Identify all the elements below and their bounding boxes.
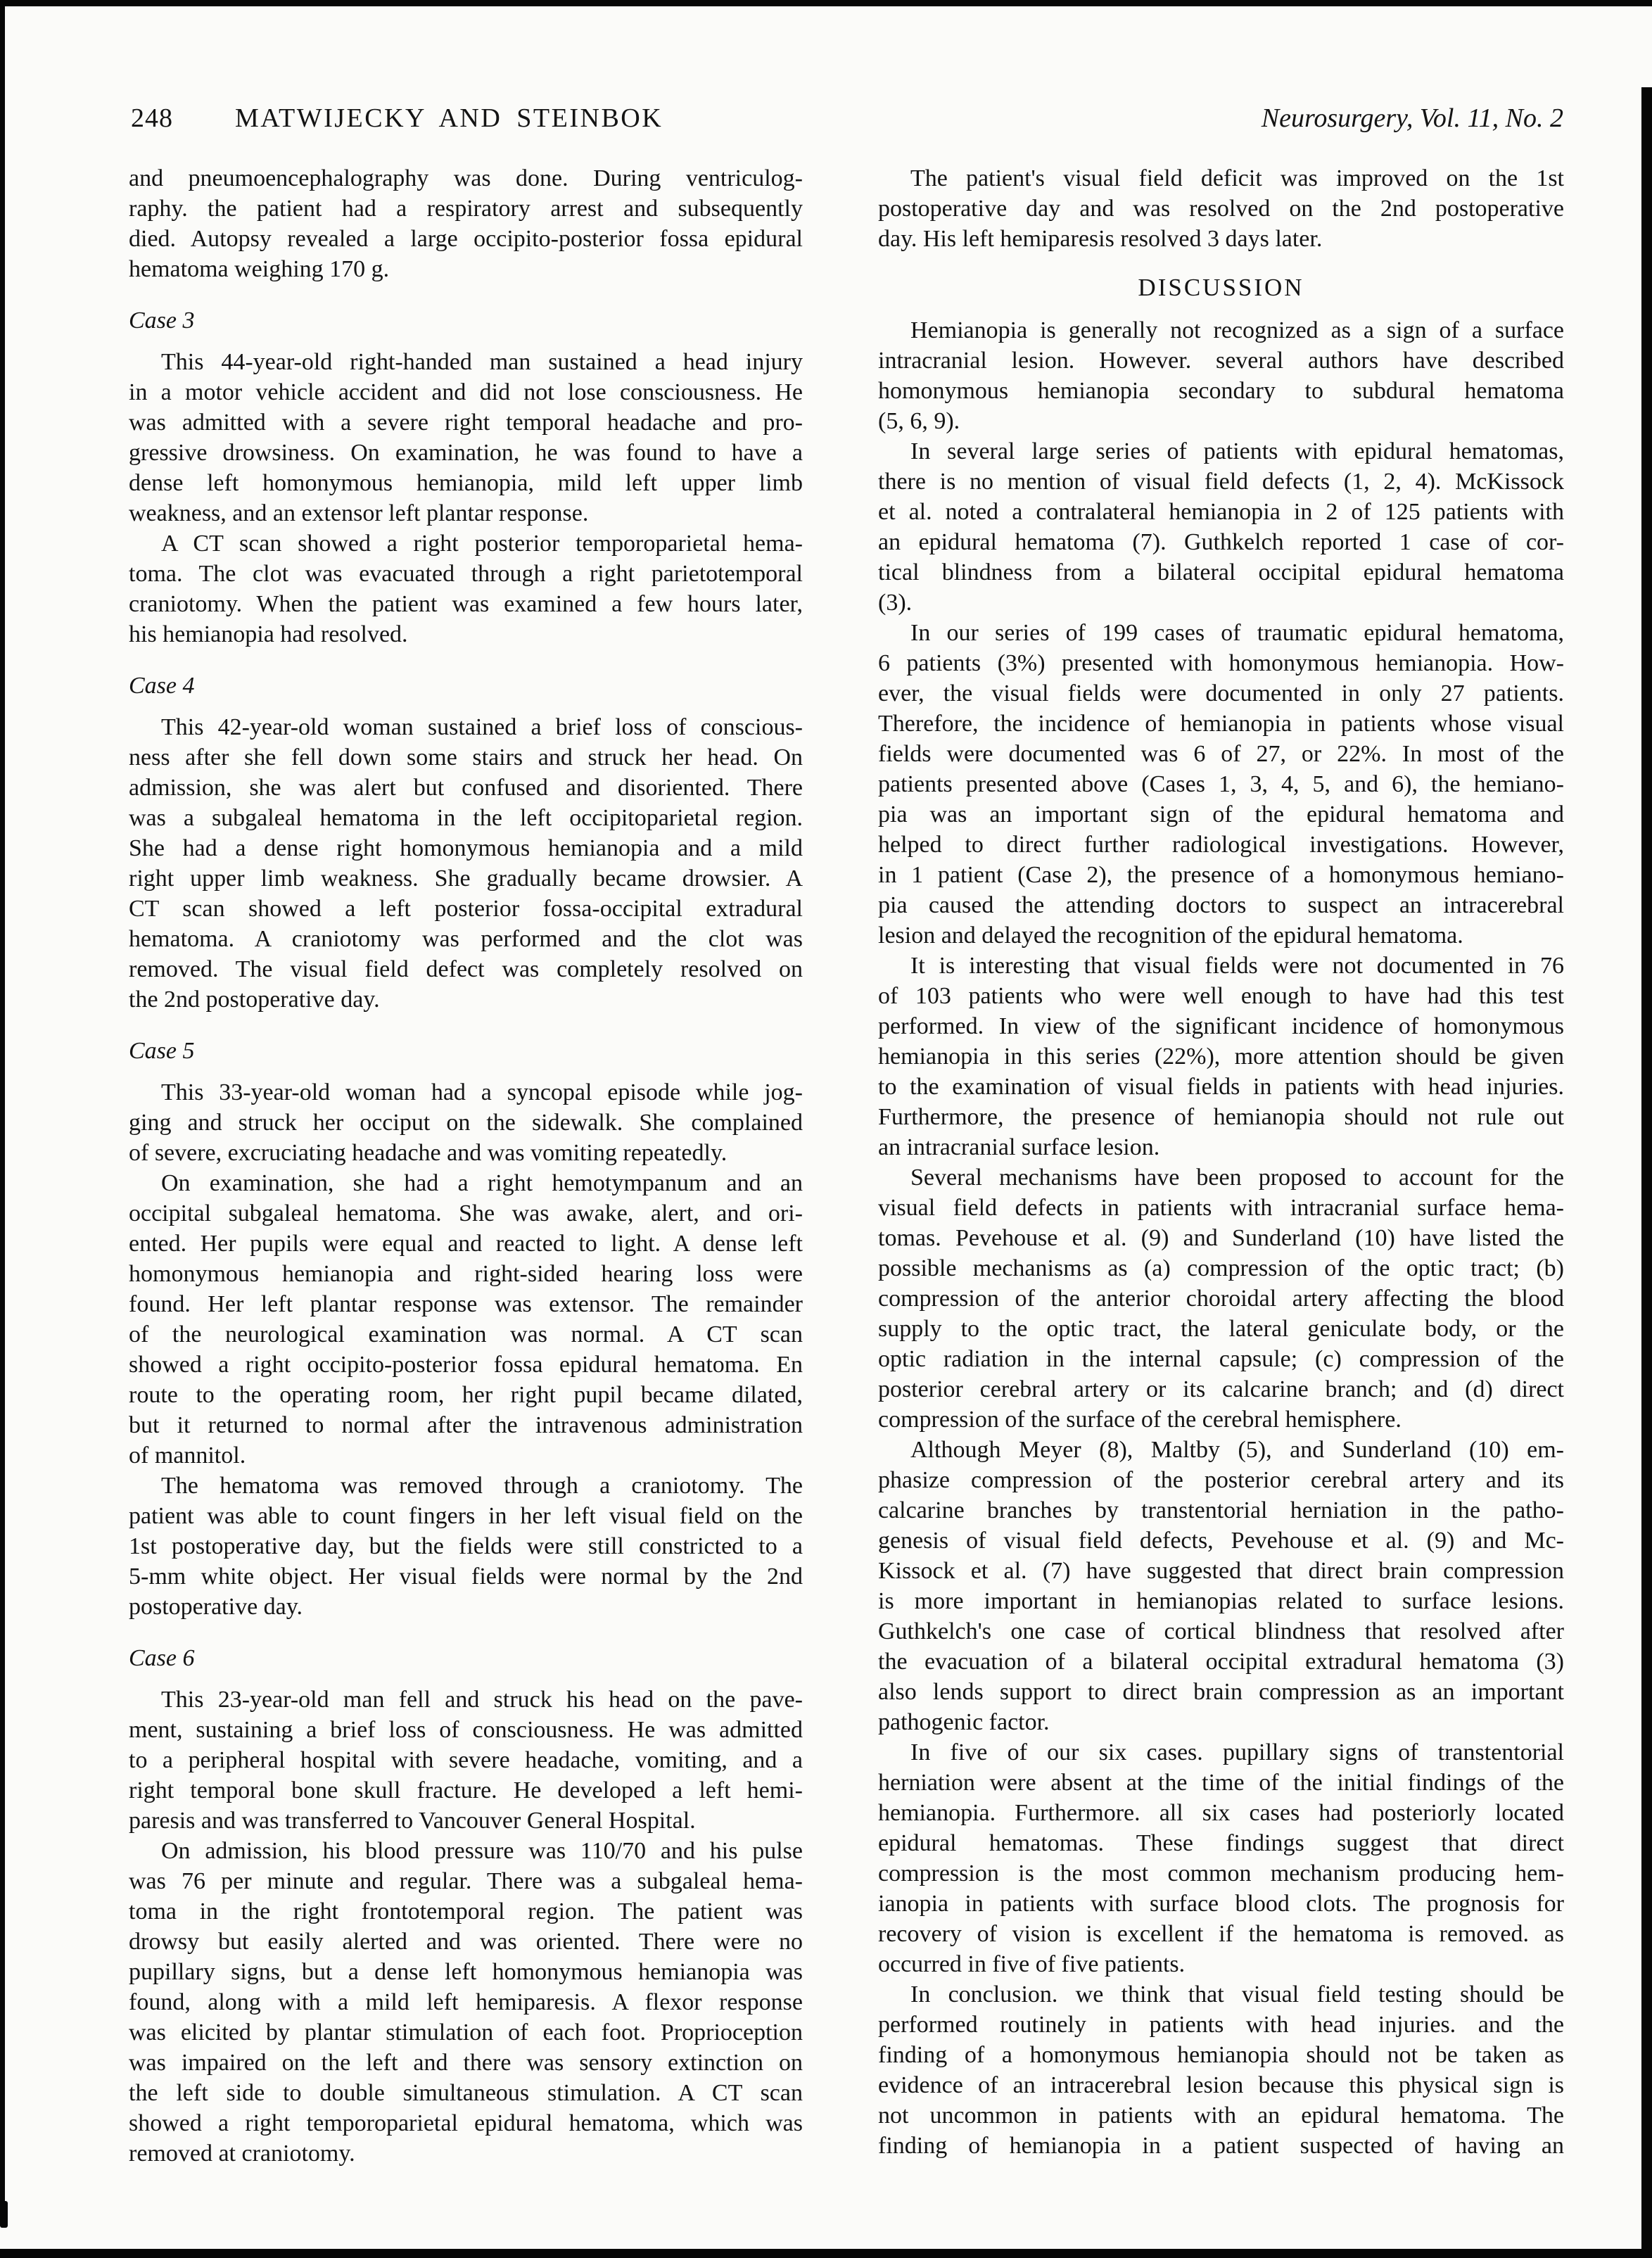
para-line: Kissock et al. (7) have suggested that d… (878, 1556, 1564, 1586)
para-line: pia caused the attending doctors to susp… (878, 890, 1564, 920)
para-line: pupillary signs, but a dense left homony… (129, 1957, 803, 1987)
para-line: compression is the most common mechanism… (878, 1858, 1564, 1889)
journal-page: 248 MATWIJECKY AND STEINBOK Neurosurgery… (0, 0, 1652, 2258)
para-line: ness after she fell down some stairs and… (129, 742, 803, 773)
para-line: tical blindness from a bilateral occipit… (878, 557, 1564, 588)
para-first-line: The patient's visual field deficit was i… (878, 163, 1564, 194)
para-line: Furthermore, the presence of hemianopia … (878, 1102, 1564, 1132)
para-line: found, along with a mild left hemiparesi… (129, 1987, 803, 2017)
para-line: showed a right occipito-posterior fossa … (129, 1350, 803, 1380)
para-line: et al. noted a contralateral hemianopia … (878, 497, 1564, 527)
right-column: The patient's visual field deficit was i… (878, 163, 1564, 2161)
para-line: Guthkelch's one case of cortical blindne… (878, 1616, 1564, 1647)
para-line: was elicited by plantar stimulation of e… (129, 2017, 803, 2048)
para-line: homonymous hemianopia secondary to subdu… (878, 376, 1564, 406)
para-line: found. Her left plantar response was ext… (129, 1289, 803, 1319)
section-heading: DISCUSSION (878, 272, 1564, 303)
para-line: showed a right temporoparietal epidural … (129, 2108, 803, 2138)
para-last-line: pathogenic factor. (878, 1707, 1564, 1737)
para-line: hemianopia in this series (22%), more at… (878, 1041, 1564, 1072)
para-line: right upper limb weakness. She gradually… (129, 863, 803, 894)
para-last-line: of severe, excruciating headache and was… (129, 1138, 803, 1168)
para-line: craniotomy. When the patient was examine… (129, 589, 803, 619)
journal-reference: Neurosurgery, Vol. 11, No. 2 (1262, 103, 1563, 134)
para-line: was impaired on the left and there was s… (129, 2048, 803, 2078)
para-line: was a subgaleal hematoma in the left occ… (129, 803, 803, 833)
para-first-line: A CT scan showed a right posterior tempo… (129, 528, 803, 559)
para-last-line: of mannitol. (129, 1440, 803, 1471)
para-line: calcarine branches by transtentorial her… (878, 1495, 1564, 1526)
para-line: died. Autopsy revealed a large occipito-… (129, 224, 803, 254)
para-last-line: occurred in five of five patients. (878, 1949, 1564, 1979)
case-heading: Case 5 (129, 1036, 803, 1066)
para-line: not uncommon in patients with an epidura… (878, 2100, 1564, 2131)
para-line: removed. The visual field defect was com… (129, 954, 803, 984)
para-last-line: day. His left hemiparesis resolved 3 day… (878, 224, 1564, 254)
para-line: pia was an important sign of the epidura… (878, 799, 1564, 830)
para-line: the evacuation of a bilateral occipital … (878, 1647, 1564, 1677)
para-line: compression of the anterior choroidal ar… (878, 1283, 1564, 1314)
para-first-line: This 42-year-old woman sustained a brief… (129, 712, 803, 742)
para-last-line: the 2nd postoperative day. (129, 984, 803, 1015)
para-first-line: In several large series of patients with… (878, 436, 1564, 467)
para-line: occipital subgaleal hematoma. She was aw… (129, 1198, 803, 1229)
running-title-authors: MATWIJECKY AND STEINBOK (235, 103, 663, 134)
para-line: patient was able to count fingers in her… (129, 1501, 803, 1531)
left-column: and pneumoencephalography was done. Duri… (129, 163, 803, 2169)
para-first-line: This 33-year-old woman had a syncopal ep… (129, 1077, 803, 1108)
para-line: phasize compression of the posterior cer… (878, 1465, 1564, 1495)
para-line: ented. Her pupils were equal and reacted… (129, 1229, 803, 1259)
para-line: evidence of an intracerebral lesion beca… (878, 2070, 1564, 2100)
para-line: She had a dense right homonymous hemiano… (129, 833, 803, 863)
para-last-line: weakness, and an extensor left plantar r… (129, 498, 803, 528)
para-first-line: In five of our six cases. pupillary sign… (878, 1737, 1564, 1768)
para-last-line: postoperative day. (129, 1592, 803, 1622)
para-line: right temporal bone skull fracture. He d… (129, 1775, 803, 1806)
para-first-line: Hemianopia is generally not recognized a… (878, 315, 1564, 345)
para-line: performed. In view of the significant in… (878, 1011, 1564, 1041)
scan-edge-left (0, 0, 5, 2218)
para-line: finding of hemianopia in a patient suspe… (878, 2131, 1564, 2161)
para-line: Therefore, the incidence of hemianopia i… (878, 709, 1564, 739)
para-line: the left side to double simultaneous sti… (129, 2078, 803, 2108)
para-first-line: Although Meyer (8), Maltby (5), and Sund… (878, 1435, 1564, 1465)
para-line: but it returned to normal after the intr… (129, 1410, 803, 1440)
para-line: also lends support to direct brain compr… (878, 1677, 1564, 1707)
para-line: genesis of visual field defects, Pevehou… (878, 1526, 1564, 1556)
para-first-line: It is interesting that visual fields wer… (878, 951, 1564, 981)
para-line: an epidural hematoma (7). Guthkelch repo… (878, 527, 1564, 557)
para-first-line: On examination, she had a right hemotymp… (129, 1168, 803, 1198)
para-line: finding of a homonymous hemianopia shoul… (878, 2040, 1564, 2070)
para-line: there is no mention of visual field defe… (878, 467, 1564, 497)
para-last-line: an intracranial surface lesion. (878, 1132, 1564, 1162)
para-line: tomas. Pevehouse et al. (9) and Sunderla… (878, 1223, 1564, 1253)
para-line: supply to the optic tract, the lateral g… (878, 1314, 1564, 1344)
para-line: posterior cerebral artery or its calcari… (878, 1374, 1564, 1404)
scan-edge-top (0, 0, 1652, 6)
para-line: ment, sustaining a brief loss of conscio… (129, 1715, 803, 1745)
para-line: of the neurological examination was norm… (129, 1319, 803, 1350)
page-number: 248 (131, 103, 173, 134)
para-line: drowsy but easily alerted and was orient… (129, 1927, 803, 1957)
para-line: recovery of vision is excellent if the h… (878, 1919, 1564, 1949)
para-first-line: In our series of 199 cases of traumatic … (878, 618, 1564, 648)
para-line: ianopia in patients with surface blood c… (878, 1889, 1564, 1919)
para-first-line: This 23-year-old man fell and struck his… (129, 1685, 803, 1715)
para-line: and pneumoencephalography was done. Duri… (129, 163, 803, 194)
para-last-line: removed at craniotomy. (129, 2138, 803, 2169)
para-line: patients presented above (Cases 1, 3, 4,… (878, 769, 1564, 799)
para-line: ging and struck her occiput on the sidew… (129, 1108, 803, 1138)
para-line: route to the operating room, her right p… (129, 1380, 803, 1410)
case-heading: Case 3 (129, 305, 803, 336)
para-line: gressive drowsiness. On examination, he … (129, 438, 803, 468)
para-line: raphy. the patient had a respiratory arr… (129, 194, 803, 224)
para-line: toma in the right frontotemporal region.… (129, 1896, 803, 1927)
para-last-line: lesion and delayed the recognition of th… (878, 920, 1564, 951)
para-last-line: his hemianopia had resolved. (129, 619, 803, 649)
page-header: 248 MATWIJECKY AND STEINBOK Neurosurgery… (0, 103, 1652, 138)
para-last-line: (5, 6, 9). (878, 406, 1564, 436)
para-line: 1st postoperative day, but the fields we… (129, 1531, 803, 1561)
para-first-line: This 44-year-old right-handed man sustai… (129, 347, 803, 377)
scan-edge-right (1641, 87, 1652, 2258)
para-line: postoperative day and was resolved on th… (878, 194, 1564, 224)
para-last-line: paresis and was transferred to Vancouver… (129, 1806, 803, 1836)
para-line: herniation were absent at the time of th… (878, 1768, 1564, 1798)
para-last-line: (3). (878, 588, 1564, 618)
case-heading: Case 6 (129, 1643, 803, 1673)
para-line: possible mechanisms as (a) compression o… (878, 1253, 1564, 1283)
para-first-line: The hematoma was removed through a crani… (129, 1471, 803, 1501)
para-line: ever, the visual fields were documented … (878, 678, 1564, 709)
para-line: epidural hematomas. These findings sugge… (878, 1828, 1564, 1858)
para-line: 6 patients (3%) presented with homonymou… (878, 648, 1564, 678)
para-line: to the examination of visual fields in p… (878, 1072, 1564, 1102)
para-line: was 76 per minute and regular. There was… (129, 1866, 803, 1896)
scan-edge-artifact (0, 2201, 8, 2228)
para-line: 5-mm white object. Her visual fields wer… (129, 1561, 803, 1592)
para-line: in 1 patient (Case 2), the presence of a… (878, 860, 1564, 890)
para-line: CT scan showed a left posterior fossa-oc… (129, 894, 803, 924)
para-line: homonymous hemianopia and right-sided he… (129, 1259, 803, 1289)
para-line: in a motor vehicle accident and did not … (129, 377, 803, 407)
para-first-line: On admission, his blood pressure was 110… (129, 1836, 803, 1866)
para-line: visual field defects in patients with in… (878, 1193, 1564, 1223)
para-first-line: Several mechanisms have been proposed to… (878, 1162, 1564, 1193)
para-line: toma. The clot was evacuated through a r… (129, 559, 803, 589)
para-line: performed routinely in patients with hea… (878, 2010, 1564, 2040)
case-heading: Case 4 (129, 671, 803, 701)
para-line: dense left homonymous hemianopia, mild l… (129, 468, 803, 498)
para-line: optic radiation in the internal capsule;… (878, 1344, 1564, 1374)
para-last-line: hematoma weighing 170 g. (129, 254, 803, 284)
para-line: of 103 patients who were well enough to … (878, 981, 1564, 1011)
para-line: fields were documented was 6 of 27, or 2… (878, 739, 1564, 769)
para-first-line: In conclusion. we think that visual fiel… (878, 1979, 1564, 2010)
para-line: is more important in hemianopias related… (878, 1586, 1564, 1616)
para-line: admission, she was alert but confused an… (129, 773, 803, 803)
para-line: to a peripheral hospital with severe hea… (129, 1745, 803, 1775)
para-last-line: compression of the surface of the cerebr… (878, 1404, 1564, 1435)
para-line: intracranial lesion. However. several au… (878, 345, 1564, 376)
para-line: helped to direct further radiological in… (878, 830, 1564, 860)
para-line: hematoma. A craniotomy was performed and… (129, 924, 803, 954)
para-line: was admitted with a severe right tempora… (129, 407, 803, 438)
para-line: hemianopia. Furthermore. all six cases h… (878, 1798, 1564, 1828)
scan-edge-bottom (0, 2249, 1652, 2258)
